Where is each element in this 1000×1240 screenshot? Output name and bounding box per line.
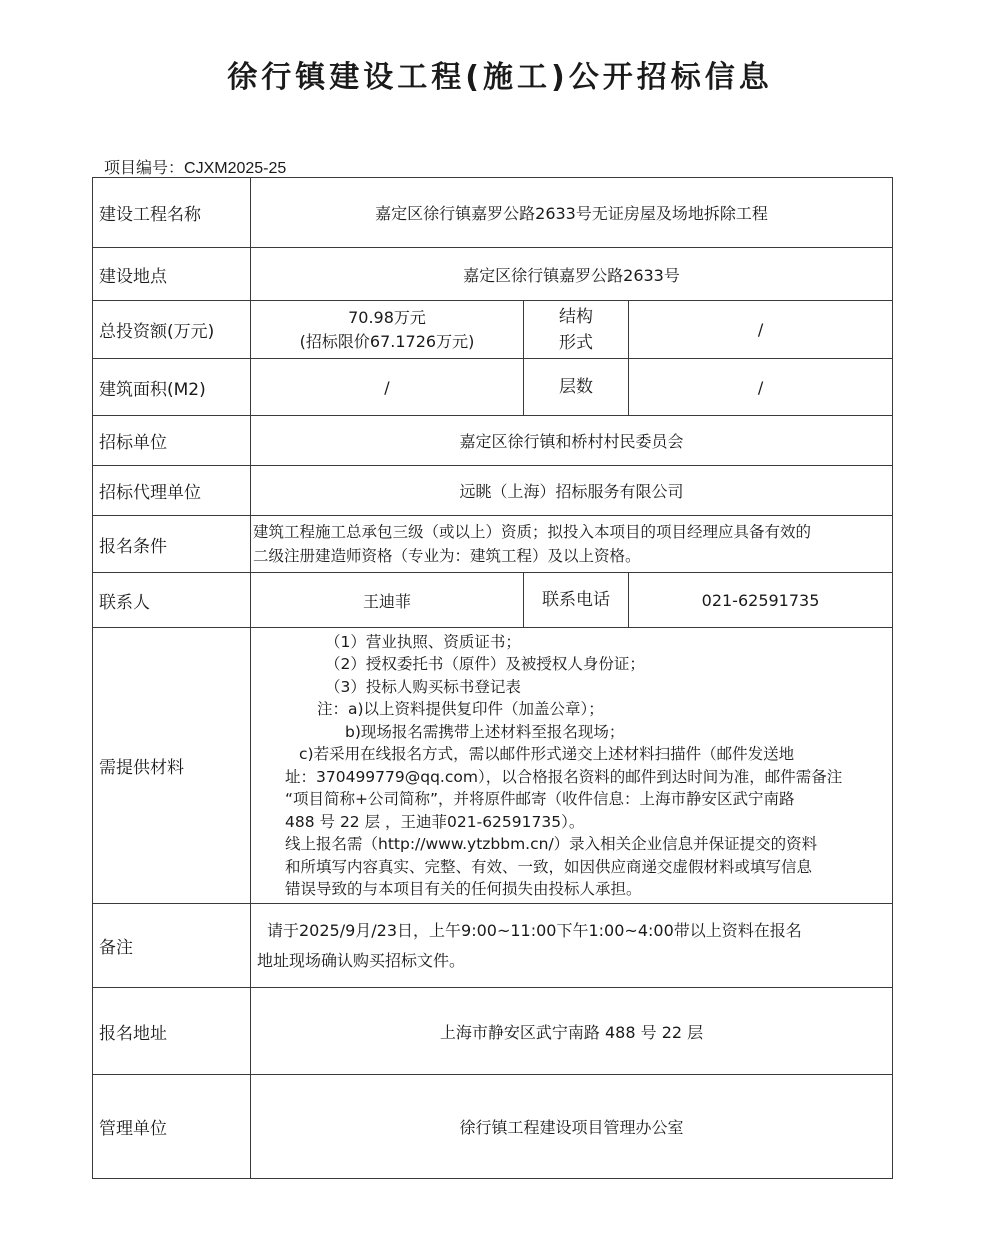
row-registration-address: 报名地址 上海市静安区武宁南路 488 号 22 层	[93, 988, 893, 1075]
contact-label: 联系人	[93, 573, 251, 628]
phone-label: 联系电话	[524, 573, 629, 628]
materials-note: b)现场报名需携带上述材料至报名现场；	[257, 721, 886, 744]
row-investment: 总投资额(万元) 70.98万元 (招标限价67.1726万元) 结构 形式 /	[93, 301, 893, 359]
floors-label: 层数	[524, 359, 629, 416]
remarks-value: 请于2025/9月/23日，上午9:00~11:00下午1:00~4:00带以上…	[251, 904, 893, 988]
row-location: 建设地点 嘉定区徐行镇嘉罗公路2633号	[93, 248, 893, 301]
registration-address-value: 上海市静安区武宁南路 488 号 22 层	[251, 988, 893, 1075]
investment-value: 70.98万元 (招标限价67.1726万元)	[251, 301, 524, 359]
structure-value: /	[629, 301, 893, 359]
materials-item: （2）授权委托书（原件）及被授权人身份证；	[257, 653, 886, 676]
contact-value: 王迪菲	[251, 573, 524, 628]
investment-limit: (招标限价67.1726万元)	[257, 330, 517, 354]
materials-note: 和所填写内容真实、完整、有效、一致，如因供应商递交虚假材料或填写信息	[257, 856, 886, 879]
materials-label: 需提供材料	[93, 628, 251, 904]
materials-item: （1）营业执照、资质证书；	[257, 631, 886, 654]
structure-label-line2: 形式	[530, 330, 622, 356]
project-number-value: CJXM2025-25	[184, 160, 286, 177]
materials-list: （1）营业执照、资质证书； （2）授权委托书（原件）及被授权人身份证； （3）投…	[251, 628, 893, 904]
phone-value: 021-62591735	[629, 573, 893, 628]
materials-item: （3）投标人购买标书登记表	[257, 676, 886, 699]
structure-label-line1: 结构	[530, 304, 622, 330]
materials-note: 注：a)以上资料提供复印件（加盖公章）；	[257, 698, 886, 721]
area-value: /	[251, 359, 524, 416]
agent-value: 远眺（上海）招标服务有限公司	[251, 466, 893, 516]
structure-label: 结构 形式	[524, 301, 629, 359]
project-name-label: 建设工程名称	[93, 178, 251, 248]
tender-info-table: 建设工程名称 嘉定区徐行镇嘉罗公路2633号无证房屋及场地拆除工程 建设地点 嘉…	[92, 177, 893, 1179]
row-management-unit: 管理单位 徐行镇工程建设项目管理办公室	[93, 1075, 893, 1179]
area-label: 建筑面积(M2)	[93, 359, 251, 416]
registration-address-label: 报名地址	[93, 988, 251, 1075]
materials-note: 错误导致的与本项目有关的任何损失由投标人承担。	[257, 878, 886, 901]
investment-amount: 70.98万元	[257, 306, 517, 330]
project-number: 项目编号：CJXM2025-25	[104, 155, 286, 178]
management-unit-value: 徐行镇工程建设项目管理办公室	[251, 1075, 893, 1179]
row-contact: 联系人 王迪菲 联系电话 021-62591735	[93, 573, 893, 628]
document-title: 徐行镇建设工程(施工)公开招标信息	[0, 52, 1000, 96]
project-name-value: 嘉定区徐行镇嘉罗公路2633号无证房屋及场地拆除工程	[251, 178, 893, 248]
materials-note: 488 号 22 层 ，王迪菲021-62591735）。	[257, 811, 886, 834]
row-requirements: 报名条件 建筑工程施工总承包三级（或以上）资质；拟投入本项目的项目经理应具备有效…	[93, 516, 893, 573]
row-area: 建筑面积(M2) / 层数 /	[93, 359, 893, 416]
requirements-label: 报名条件	[93, 516, 251, 573]
location-label: 建设地点	[93, 248, 251, 301]
agent-label: 招标代理单位	[93, 466, 251, 516]
floors-value: /	[629, 359, 893, 416]
row-remarks: 备注 请于2025/9月/23日，上午9:00~11:00下午1:00~4:00…	[93, 904, 893, 988]
remarks-line1: 请于2025/9月/23日，上午9:00~11:00下午1:00~4:00带以上…	[257, 916, 886, 946]
materials-note: “项目简称+公司简称”，并将原件邮寄（收件信息：上海市静安区武宁南路	[257, 788, 886, 811]
materials-note: c)若采用在线报名方式，需以邮件形式递交上述材料扫描件（邮件发送地	[257, 743, 886, 766]
requirements-line1: 建筑工程施工总承包三级（或以上）资质；拟投入本项目的项目经理应具备有效的	[253, 520, 886, 544]
row-agent: 招标代理单位 远眺（上海）招标服务有限公司	[93, 466, 893, 516]
remarks-label: 备注	[93, 904, 251, 988]
investment-label: 总投资额(万元)	[93, 301, 251, 359]
location-value: 嘉定区徐行镇嘉罗公路2633号	[251, 248, 893, 301]
management-unit-label: 管理单位	[93, 1075, 251, 1179]
row-tenderer: 招标单位 嘉定区徐行镇和桥村村民委员会	[93, 416, 893, 466]
requirements-line2: 二级注册建造师资格（专业为：建筑工程）及以上资格。	[253, 544, 886, 568]
tenderer-value: 嘉定区徐行镇和桥村村民委员会	[251, 416, 893, 466]
materials-note: 线上报名需（http://www.ytzbbm.cn/）录入相关企业信息并保证提…	[257, 833, 886, 856]
row-project-name: 建设工程名称 嘉定区徐行镇嘉罗公路2633号无证房屋及场地拆除工程	[93, 178, 893, 248]
row-materials: 需提供材料 （1）营业执照、资质证书； （2）授权委托书（原件）及被授权人身份证…	[93, 628, 893, 904]
remarks-line2: 地址现场确认购买招标文件。	[257, 946, 886, 976]
project-number-label: 项目编号：	[104, 160, 184, 177]
tenderer-label: 招标单位	[93, 416, 251, 466]
materials-note: 址：370499779@qq.com），以合格报名资料的邮件到达时间为准，邮件需…	[257, 766, 886, 789]
requirements-value: 建筑工程施工总承包三级（或以上）资质；拟投入本项目的项目经理应具备有效的 二级注…	[251, 516, 893, 573]
